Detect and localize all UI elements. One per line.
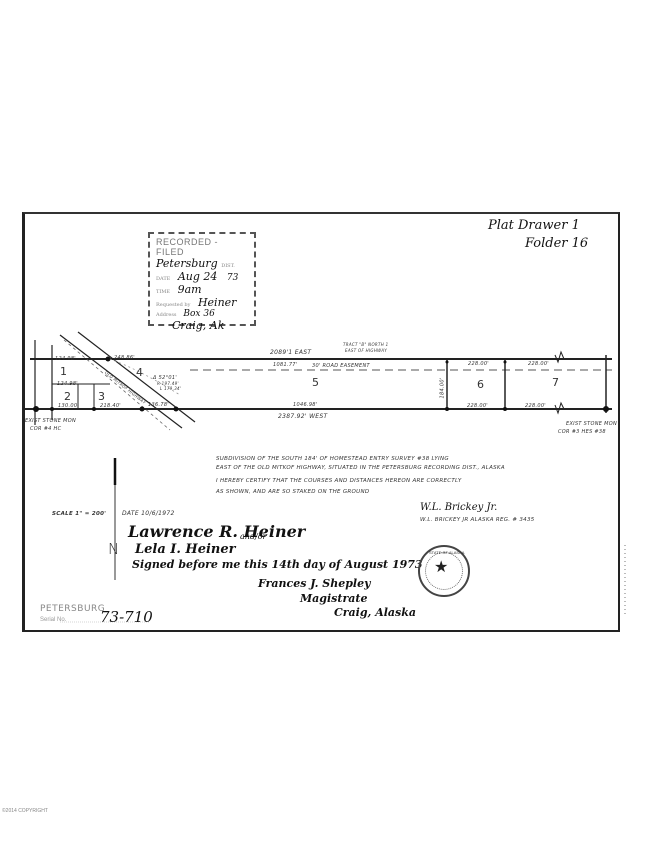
- notary-statement: Signed before me this 14th day of August…: [132, 558, 423, 571]
- left-monument-2: Cor #4 HC: [30, 426, 61, 432]
- copyright-watermark: ©2014 COPYRIGHT: [2, 808, 48, 814]
- lot4-top-dim: 248.86': [114, 355, 135, 361]
- lot3-bottom-dim: 218.40': [100, 403, 121, 409]
- lot1-top-dim: 124.98': [55, 356, 76, 362]
- right-monument-1: Exist Stone Mon: [566, 421, 617, 427]
- serial-number: 73-710: [100, 608, 153, 626]
- surveyor-name: W.L. Brickey Jr Alaska Reg. # 3435: [420, 517, 535, 523]
- owner-conjunction: and/or: [240, 532, 266, 541]
- road-dimension: 1081.77': [273, 362, 297, 368]
- lot6-bottom-dim: 228.00': [467, 403, 488, 409]
- lot-1: 1: [60, 365, 67, 378]
- lot-3: 3: [98, 390, 105, 403]
- lot7-top-dim: 228.00': [528, 361, 549, 367]
- certification-line-1: I Hereby Certify That The Courses And Di…: [216, 478, 462, 484]
- north-label: N: [108, 540, 119, 558]
- curve-length: L 179.34': [160, 386, 181, 391]
- serial-district: PETERSBURG: [40, 604, 105, 614]
- lot2-top-dim: 124.98': [57, 381, 78, 387]
- notary-location: Craig, Alaska: [334, 606, 416, 619]
- bottom-dimension: 1046.98': [293, 402, 317, 408]
- description-line-2: East of the Old Mitkof Highway, Situated…: [216, 465, 505, 471]
- lot-2: 2: [64, 390, 71, 403]
- star-icon: ★: [434, 557, 448, 577]
- magistrate-signature: Frances J. Shepley: [258, 577, 370, 590]
- lot7-bottom-dim: 228.00': [525, 403, 546, 409]
- lot-5: 5: [312, 376, 319, 389]
- lot2-bottom-dim: 130.00': [58, 403, 79, 409]
- seal-text: STATE OF ALASKA: [429, 550, 464, 555]
- side-dim: 184.00': [439, 378, 445, 399]
- plat-date: Date 10/6/1972: [122, 510, 175, 517]
- surveyor-signature: W.L. Brickey Jr.: [420, 502, 497, 513]
- description-line-1: Subdivision of the South 184' of Homeste…: [216, 456, 449, 462]
- tract-note-2: East of Highway: [345, 348, 387, 353]
- road-easement-label: 30' Road Easement: [312, 363, 370, 369]
- scale-label: Scale 1" = 200': [52, 511, 106, 517]
- top-bearing: 2089'1 EAST: [270, 349, 311, 356]
- left-monument-1: Exist Stone Mon: [25, 418, 76, 424]
- lot-7: 7: [552, 376, 559, 389]
- lot-6: 6: [477, 378, 484, 391]
- certification-line-2: As Shown, And Are So Staked On The Groun…: [216, 489, 369, 495]
- tract-note-1: Tract "B" North 1: [343, 342, 388, 347]
- owner1-signature: Lawrence R. Heiner: [128, 522, 305, 541]
- right-monument-2: Cor #3 HES #38: [558, 429, 606, 435]
- magistrate-title: Magistrate: [300, 592, 367, 605]
- bottom-bearing: 2387.92' WEST: [278, 413, 327, 420]
- lot4-diag-dim: 136.78': [148, 402, 169, 408]
- state-of-alaska-seal: STATE OF ALASKA ★: [418, 545, 470, 597]
- lot-4: 4: [136, 366, 143, 379]
- lot6-top-dim: 228.00': [468, 361, 489, 367]
- serial-label: Serial No.: [40, 617, 66, 623]
- owner2-signature: Lela I. Heiner: [135, 542, 236, 557]
- plat-drawing: [0, 0, 650, 841]
